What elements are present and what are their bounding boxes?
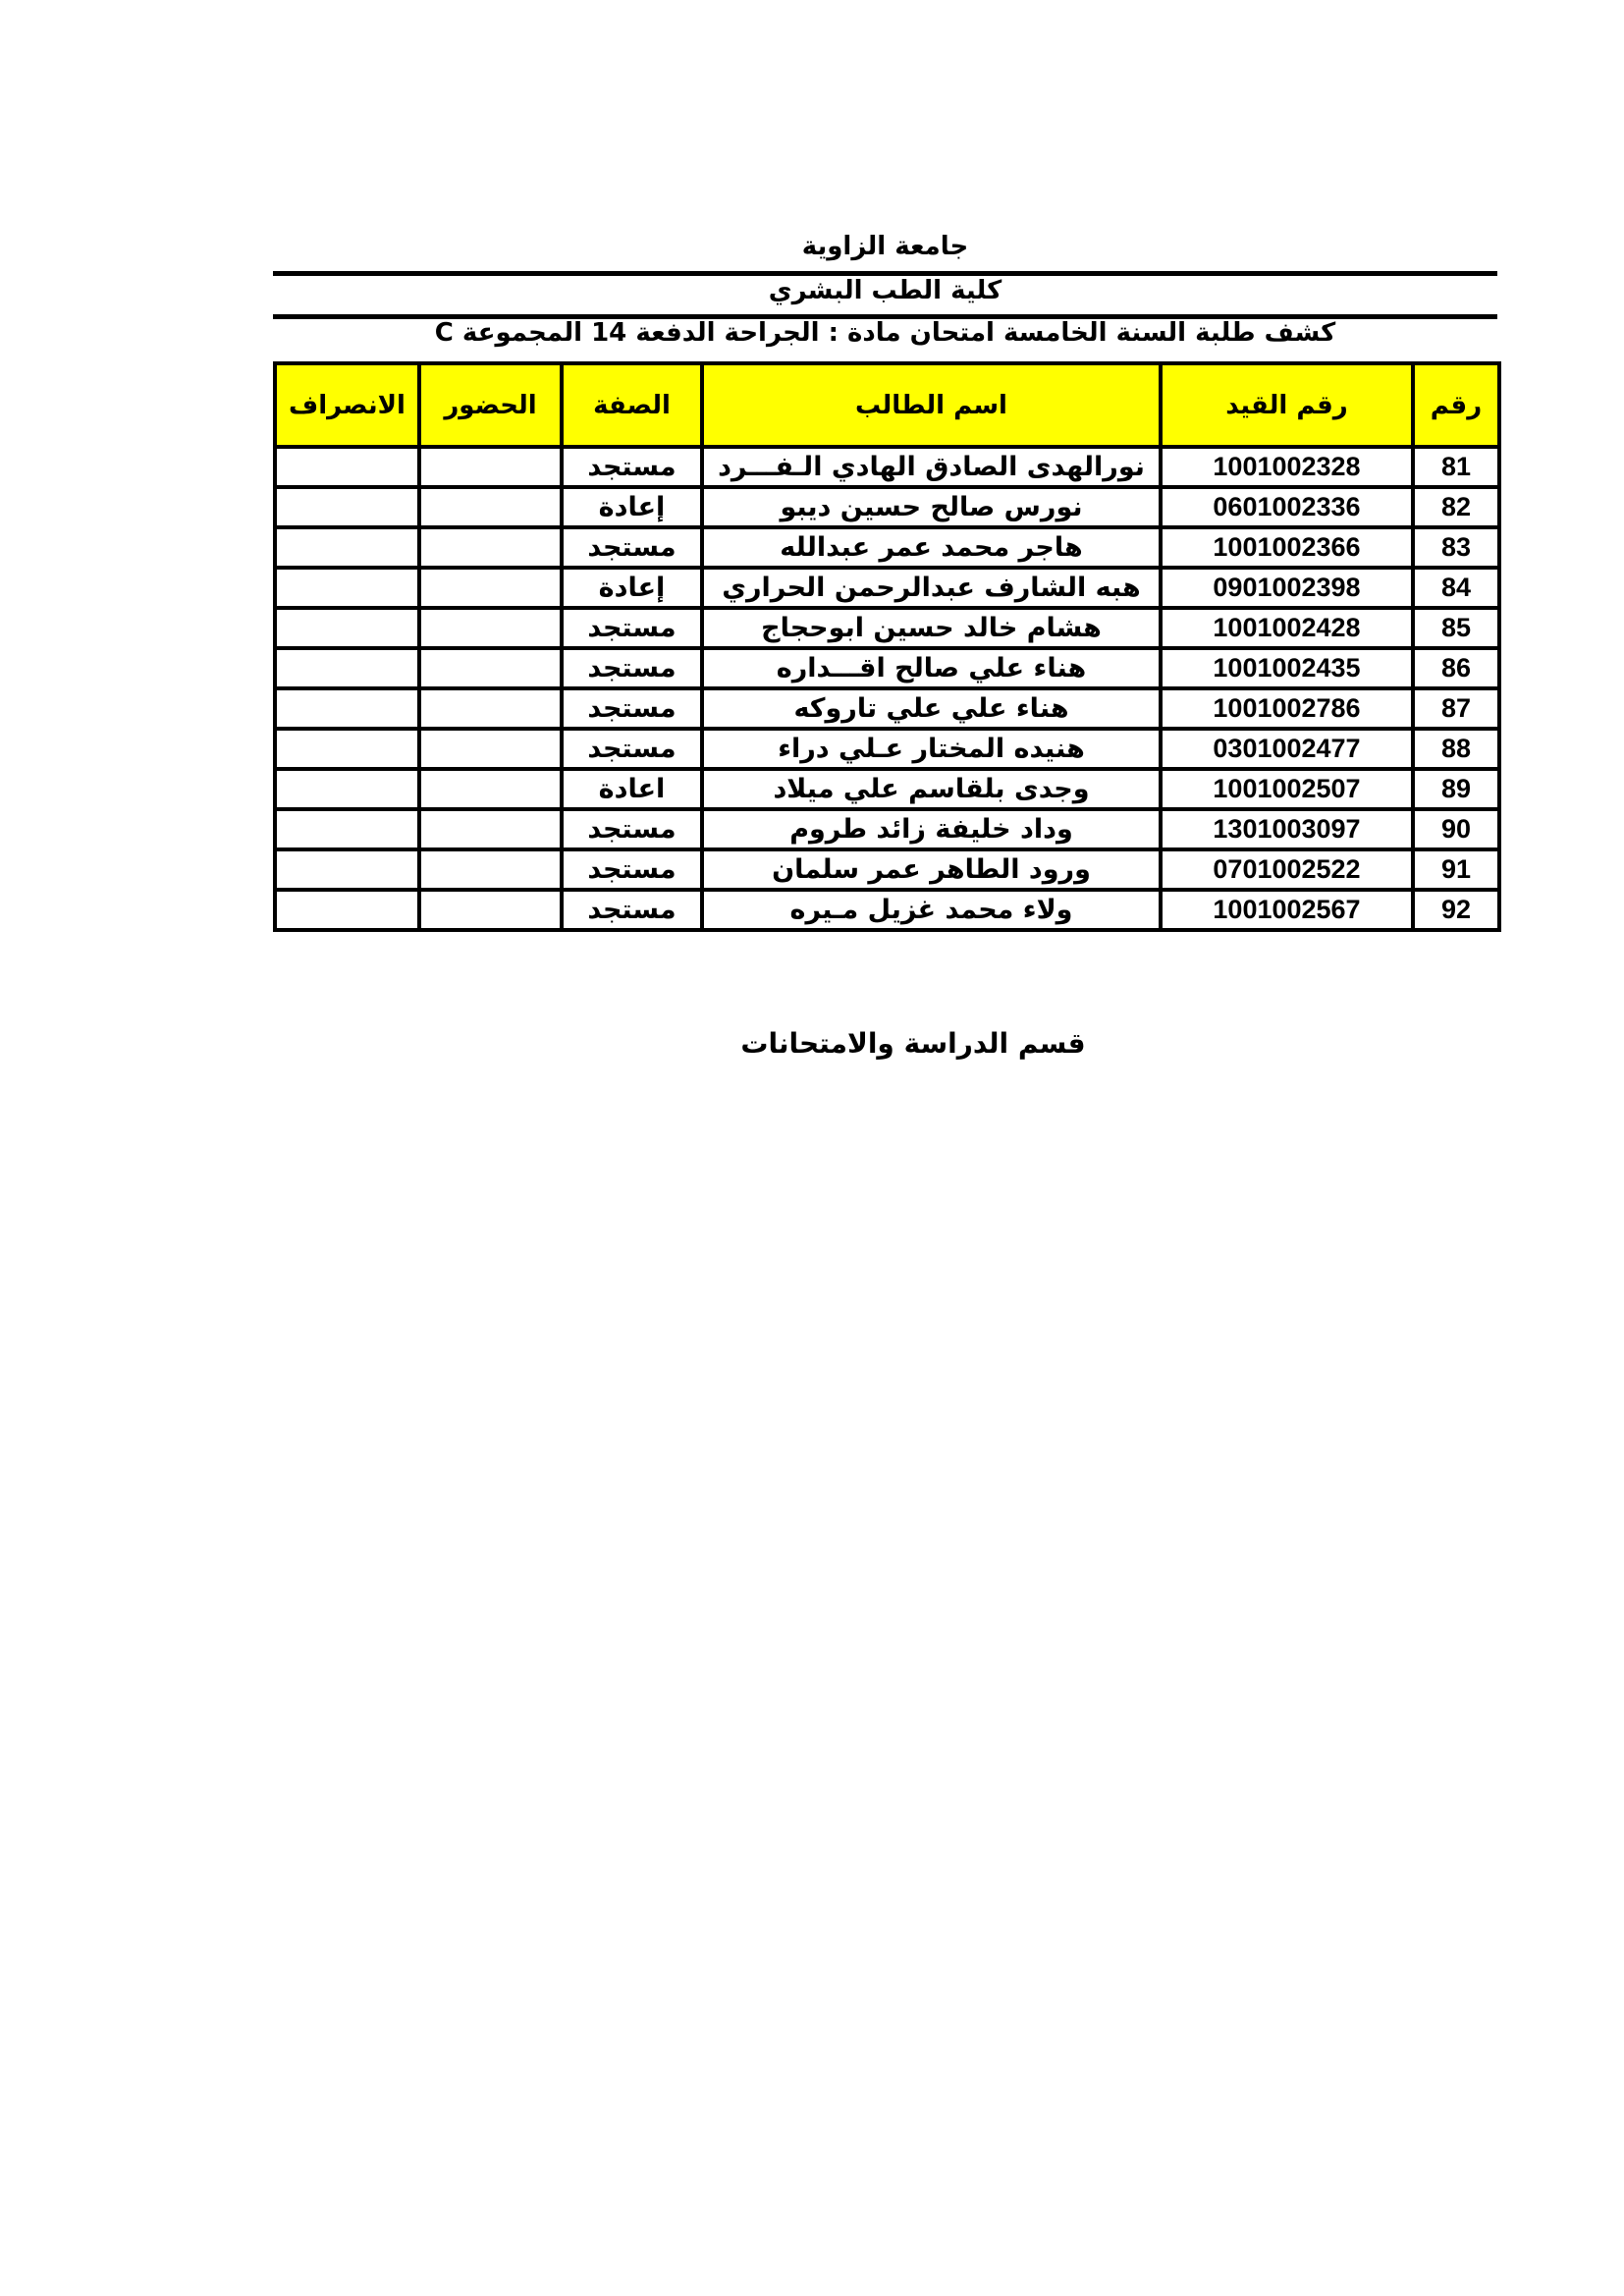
row-number: 87 — [1413, 688, 1499, 729]
registration-id: 0601002336 — [1161, 487, 1413, 527]
registration-id: 1001002366 — [1161, 527, 1413, 568]
student-name: هنيده المختار عـلي دراء — [702, 729, 1161, 769]
attendance-cell[interactable] — [419, 487, 562, 527]
student-name: نورالهدى الصادق الهادي الـفـــرد — [702, 447, 1161, 487]
column-header-departure: الانصراف — [275, 363, 419, 447]
registration-id: 1301003097 — [1161, 809, 1413, 849]
student-name: نورس صالح حسين ديبو — [702, 487, 1161, 527]
departure-cell[interactable] — [275, 769, 419, 809]
student-name: هبه الشارف عبدالرحمن الحراري — [702, 568, 1161, 608]
departure-cell[interactable] — [275, 568, 419, 608]
registration-id: 1001002507 — [1161, 769, 1413, 809]
student-status: إعادة — [562, 568, 702, 608]
row-number: 88 — [1413, 729, 1499, 769]
departure-cell[interactable] — [275, 809, 419, 849]
student-status: مستجد — [562, 447, 702, 487]
registration-id: 1001002435 — [1161, 648, 1413, 688]
registration-id: 0901002398 — [1161, 568, 1413, 608]
registration-id: 0701002522 — [1161, 849, 1413, 890]
student-status: مستجد — [562, 527, 702, 568]
student-status: مستجد — [562, 890, 702, 930]
table-header-row: رقم رقم القيد اسم الطالب الصفة الحضور ال… — [275, 363, 1499, 447]
departure-cell[interactable] — [275, 527, 419, 568]
attendance-cell[interactable] — [419, 568, 562, 608]
attendance-cell[interactable] — [419, 890, 562, 930]
row-number: 90 — [1413, 809, 1499, 849]
table-row: 81 1001002328 نورالهدى الصادق الهادي الـ… — [275, 447, 1499, 487]
table-row: 83 1001002366 هاجر محمد عمر عبدالله مستج… — [275, 527, 1499, 568]
departure-cell[interactable] — [275, 849, 419, 890]
student-status: مستجد — [562, 648, 702, 688]
student-name: هشام خالد حسين ابوحجاج — [702, 608, 1161, 648]
registration-id: 1001002786 — [1161, 688, 1413, 729]
row-number: 82 — [1413, 487, 1499, 527]
column-header-student-name: اسم الطالب — [702, 363, 1161, 447]
university-name: جامعة الزاوية — [273, 232, 1497, 261]
departure-cell[interactable] — [275, 729, 419, 769]
attendance-cell[interactable] — [419, 688, 562, 729]
table-row: 89 1001002507 وجدى بلقاسم علي ميلاد اعاد… — [275, 769, 1499, 809]
student-status: مستجد — [562, 809, 702, 849]
student-status: مستجد — [562, 849, 702, 890]
departure-cell[interactable] — [275, 608, 419, 648]
column-header-number: رقم — [1413, 363, 1499, 447]
attendance-cell[interactable] — [419, 849, 562, 890]
column-header-registration-id: رقم القيد — [1161, 363, 1413, 447]
sheet-subtitle: كشف طلبة السنة الخامسة امتحان مادة : الج… — [273, 318, 1497, 348]
departure-cell[interactable] — [275, 890, 419, 930]
row-number: 81 — [1413, 447, 1499, 487]
student-status: مستجد — [562, 729, 702, 769]
attendance-cell[interactable] — [419, 648, 562, 688]
student-status: مستجد — [562, 688, 702, 729]
department-signature: قسم الدراسة والامتحانات — [727, 1027, 1100, 1060]
row-number: 89 — [1413, 769, 1499, 809]
table-row: 88 0301002477 هنيده المختار عـلي دراء مس… — [275, 729, 1499, 769]
departure-cell[interactable] — [275, 487, 419, 527]
student-name: ورود الطاهر عمر سلمان — [702, 849, 1161, 890]
student-name: هناء علي علي تاروكه — [702, 688, 1161, 729]
attendance-cell[interactable] — [419, 769, 562, 809]
attendance-cell[interactable] — [419, 447, 562, 487]
row-number: 84 — [1413, 568, 1499, 608]
departure-cell[interactable] — [275, 648, 419, 688]
registration-id: 1001002567 — [1161, 890, 1413, 930]
departure-cell[interactable] — [275, 447, 419, 487]
student-status: مستجد — [562, 608, 702, 648]
table-row: 90 1301003097 وداد خليفة زائد طروم مستجد — [275, 809, 1499, 849]
table-row: 92 1001002567 ولاء محمد غزيل مـيره مستجد — [275, 890, 1499, 930]
faculty-name: كلية الطب البشري — [273, 276, 1497, 305]
student-status: إعادة — [562, 487, 702, 527]
row-number: 83 — [1413, 527, 1499, 568]
column-header-status: الصفة — [562, 363, 702, 447]
row-number: 86 — [1413, 648, 1499, 688]
student-name: ولاء محمد غزيل مـيره — [702, 890, 1161, 930]
table-row: 86 1001002435 هناء علي صالح اقـــداره مس… — [275, 648, 1499, 688]
registration-id: 1001002428 — [1161, 608, 1413, 648]
student-name: هاجر محمد عمر عبدالله — [702, 527, 1161, 568]
table-row: 87 1001002786 هناء علي علي تاروكه مستجد — [275, 688, 1499, 729]
table-row: 85 1001002428 هشام خالد حسين ابوحجاج مست… — [275, 608, 1499, 648]
attendance-cell[interactable] — [419, 608, 562, 648]
table-row: 91 0701002522 ورود الطاهر عمر سلمان مستج… — [275, 849, 1499, 890]
attendance-cell[interactable] — [419, 527, 562, 568]
registration-id: 0301002477 — [1161, 729, 1413, 769]
row-number: 91 — [1413, 849, 1499, 890]
student-name: هناء علي صالح اقـــداره — [702, 648, 1161, 688]
registration-id: 1001002328 — [1161, 447, 1413, 487]
table-row: 84 0901002398 هبه الشارف عبدالرحمن الحرا… — [275, 568, 1499, 608]
attendance-cell[interactable] — [419, 809, 562, 849]
student-name: وجدى بلقاسم علي ميلاد — [702, 769, 1161, 809]
student-name: وداد خليفة زائد طروم — [702, 809, 1161, 849]
departure-cell[interactable] — [275, 688, 419, 729]
table-row: 82 0601002336 نورس صالح حسين ديبو إعادة — [275, 487, 1499, 527]
attendance-cell[interactable] — [419, 729, 562, 769]
row-number: 92 — [1413, 890, 1499, 930]
row-number: 85 — [1413, 608, 1499, 648]
student-status: اعادة — [562, 769, 702, 809]
column-header-attendance: الحضور — [419, 363, 562, 447]
student-attendance-table: رقم رقم القيد اسم الطالب الصفة الحضور ال… — [273, 361, 1501, 932]
